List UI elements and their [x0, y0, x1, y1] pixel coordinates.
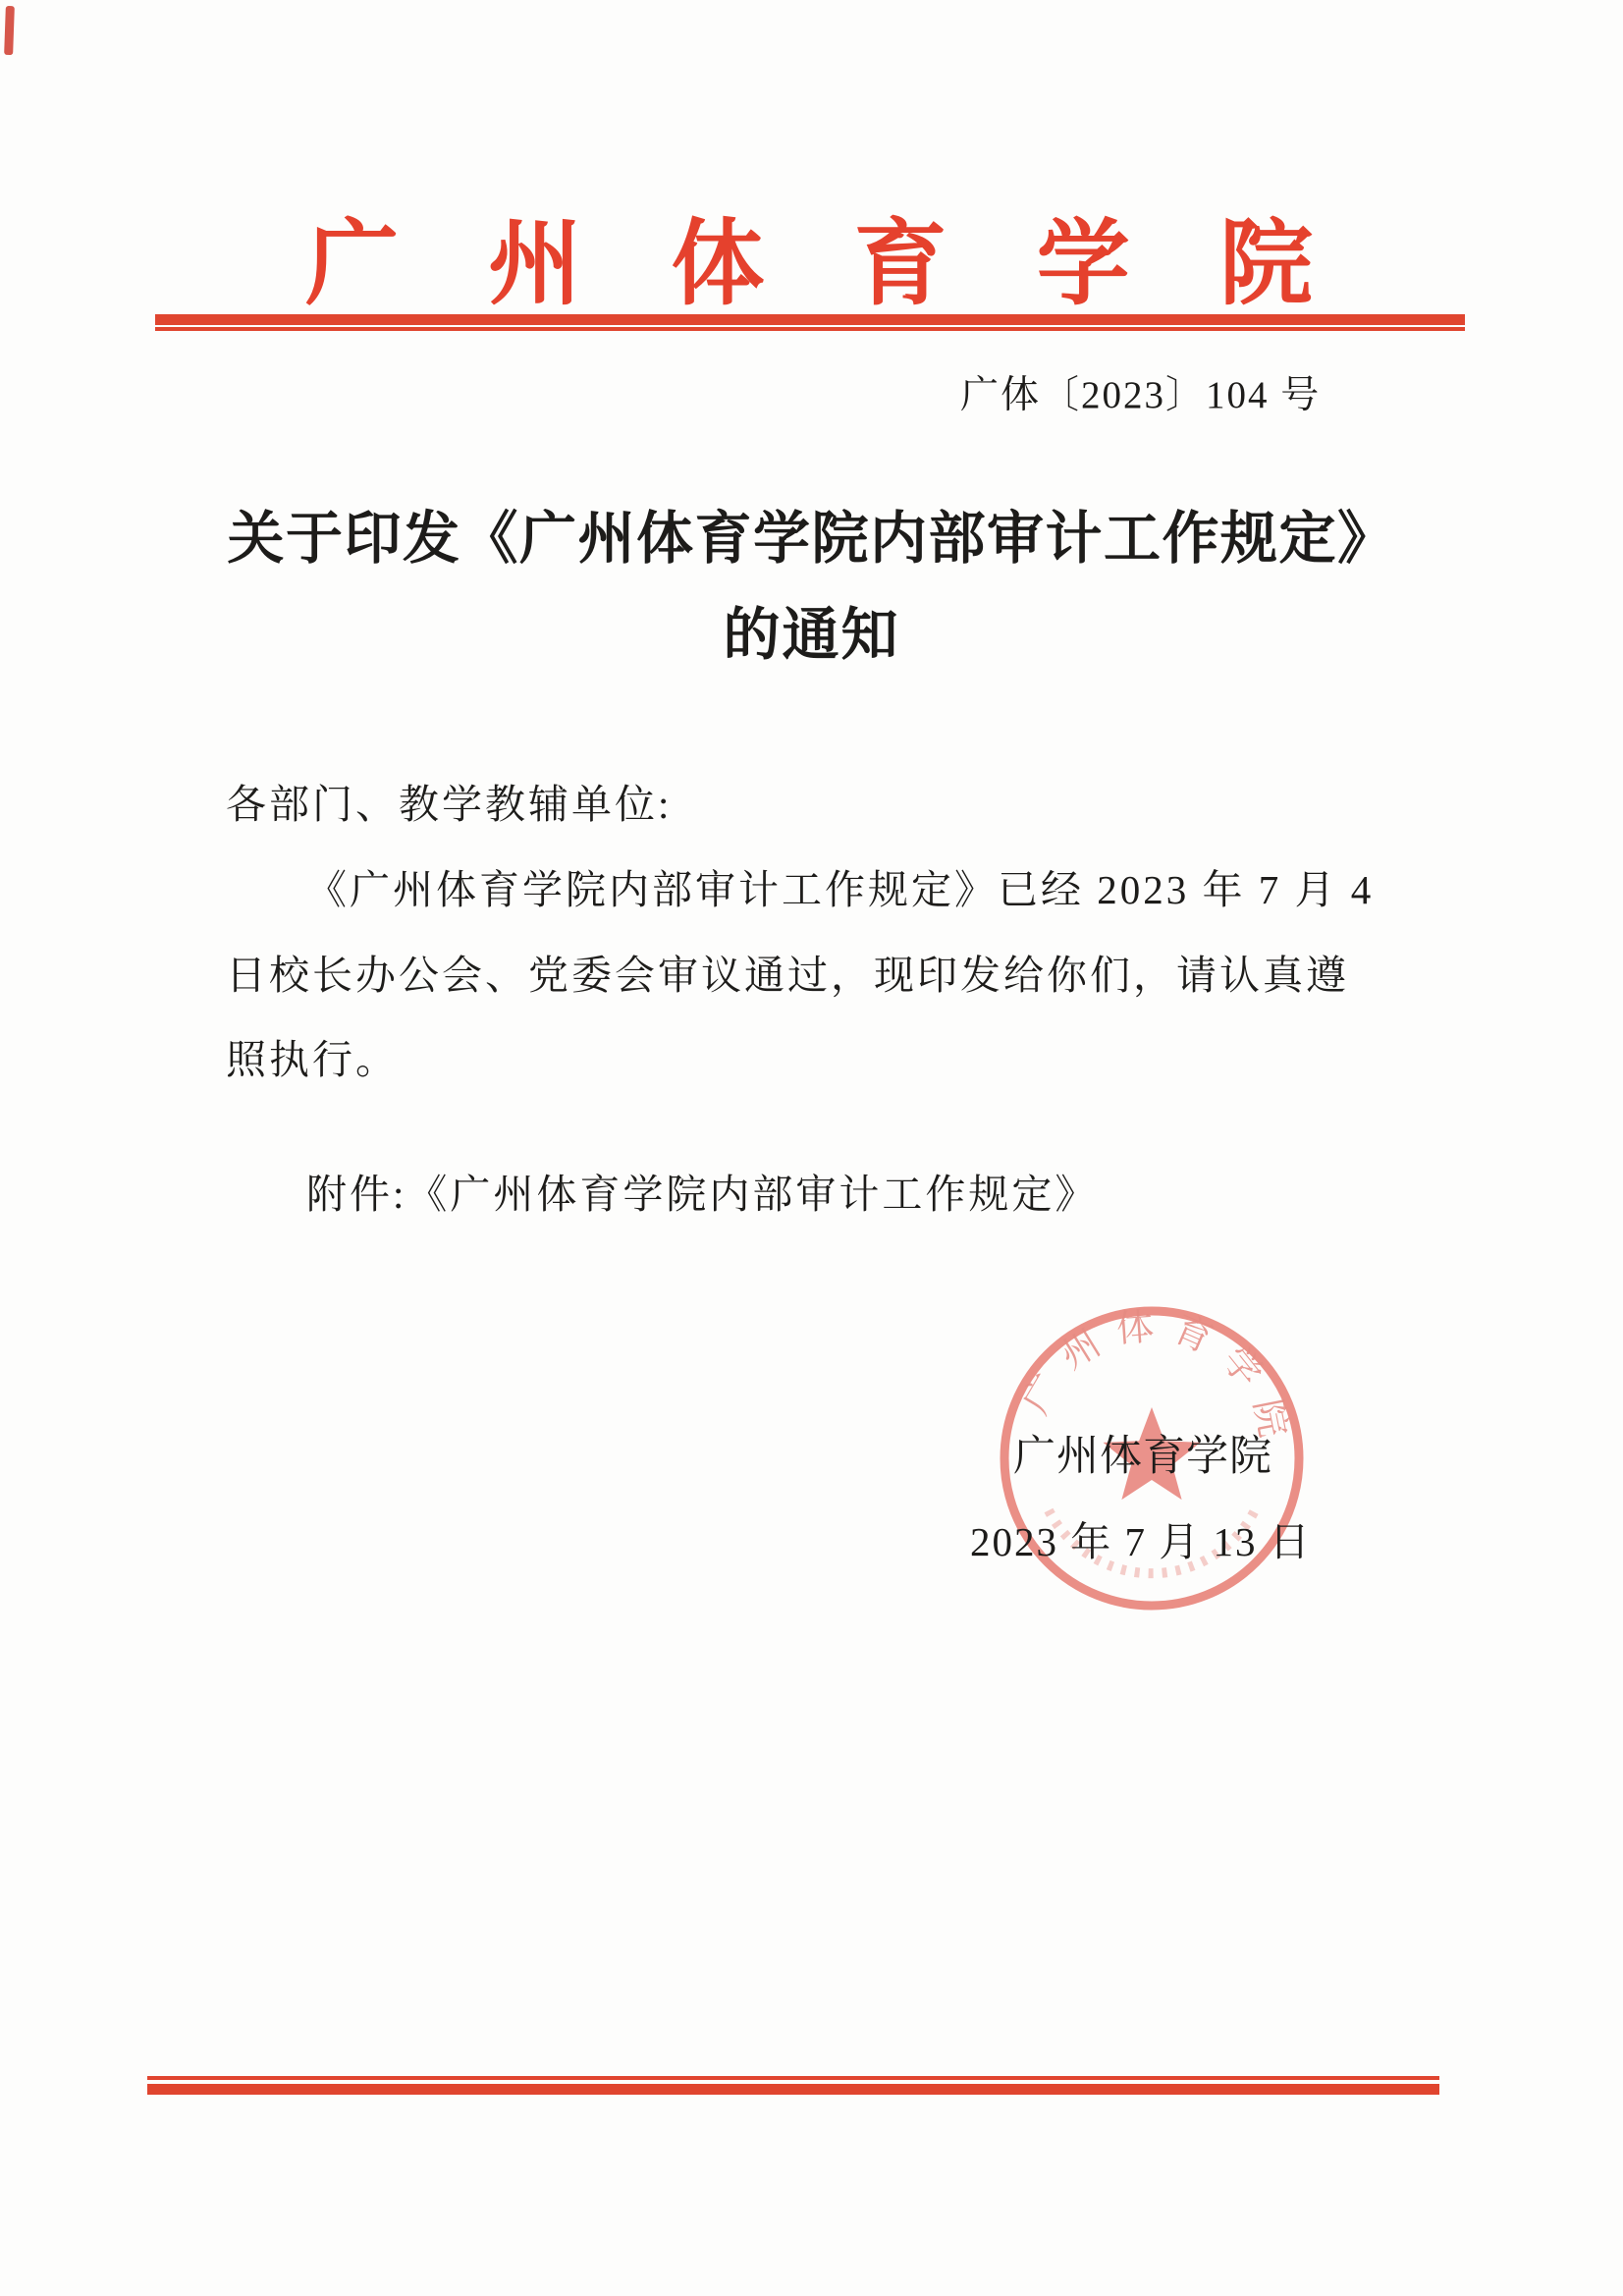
letterhead-char: 体: [671, 218, 764, 311]
footer-separator-rule: [147, 2076, 1439, 2095]
letterhead-char: 院: [1219, 218, 1313, 311]
letterhead-char: 州: [488, 218, 581, 311]
letterhead-char: 学: [1037, 218, 1130, 311]
header-separator-rule: [155, 314, 1465, 331]
notice-title-line2: 的通知: [0, 607, 1623, 664]
signer-name: 广州体育学院: [1013, 1436, 1272, 1478]
rule-thin-line: [155, 327, 1465, 331]
rule-thin-line: [147, 2076, 1439, 2080]
official-notice-document: 广 州 体 育 学 院 广体〔2023〕104 号 关于印发《广州体育学院内部审…: [0, 0, 1623, 2296]
rule-thick-line: [147, 2084, 1439, 2095]
salutation: 各部门、教学教辅单位:: [226, 785, 672, 825]
body-paragraph-line: 照执行。: [226, 1040, 399, 1080]
body-paragraph-line: 《广州体育学院内部审计工作规定》已经 2023 年 7 月 4: [306, 870, 1374, 910]
university-letterhead: 广 州 体 育 学 院: [305, 218, 1313, 318]
rule-thick-line: [155, 314, 1465, 325]
scan-artifact-mark: [4, 6, 15, 55]
attachment-line: 附件:《广州体育学院内部审计工作规定》: [306, 1175, 1098, 1215]
letterhead-char: 广: [305, 218, 399, 311]
letterhead-char: 育: [854, 218, 947, 311]
issue-date: 2023 年 7 月 13 日: [970, 1522, 1312, 1562]
body-paragraph-line: 日校长办公会、党委会审议通过，现印发给你们，请认真遵: [226, 956, 1349, 996]
notice-title-line1: 关于印发《广州体育学院内部审计工作规定》: [0, 511, 1623, 568]
document-number: 广体〔2023〕104 号: [960, 376, 1321, 414]
